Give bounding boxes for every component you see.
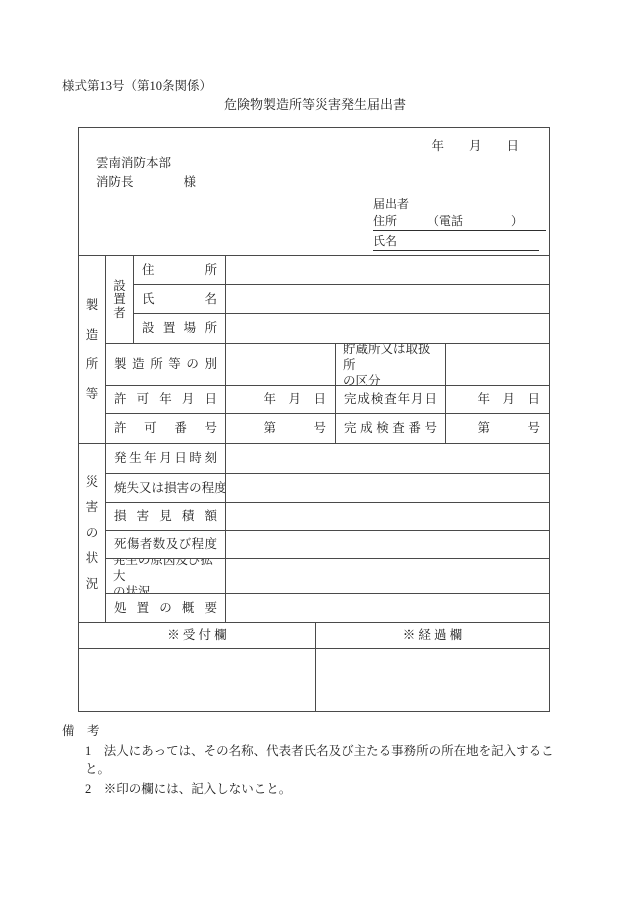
notifier-label: 届出者 xyxy=(373,198,546,210)
disaster-group-label: 災害の状況 xyxy=(79,444,106,623)
progress-column-value xyxy=(316,649,549,711)
damage-extent-label: 焼失又は損害の程度 xyxy=(106,474,226,503)
notifier-name-field: 氏名 xyxy=(373,235,539,251)
addressee-block: 雲南消防本部 消防長 様 xyxy=(96,154,196,192)
office-use-header-row: ※ 受 付 欄 ※ 経 過 欄 xyxy=(79,623,549,649)
measures-summary-value xyxy=(226,594,549,623)
cause-spread-value xyxy=(226,559,549,594)
facility-group-label: 製造所等 xyxy=(79,256,106,444)
measures-summary-label: 処置の概要 xyxy=(106,594,226,623)
permit-date-label: 許可年月日 xyxy=(106,386,226,414)
casualties-value xyxy=(226,531,549,559)
main-form-table: 年 月 日 雲南消防本部 消防長 様 届出者 住所 （電話 ） 氏名 製造所等 … xyxy=(78,127,550,712)
form-header-cell: 年 月 日 雲南消防本部 消防長 様 届出者 住所 （電話 ） 氏名 xyxy=(79,128,549,256)
installation-location-value xyxy=(226,314,549,344)
damage-estimate-label: 損害見積額 xyxy=(106,503,226,531)
permit-number-label: 許可番号 xyxy=(106,414,226,444)
installation-location-label: 設置場所 xyxy=(134,314,226,344)
note-item-2: 2 ※印の欄には、記入しないこと。 xyxy=(85,780,592,798)
notifier-block: 届出者 住所 （電話 ） 氏名 xyxy=(373,198,546,251)
permit-number-value: 第 号 xyxy=(226,414,336,444)
notes-heading: 備 考 xyxy=(62,722,592,740)
occurrence-datetime-label: 発生年月日時刻 xyxy=(106,444,226,474)
reception-column-header: ※ 受 付 欄 xyxy=(79,623,316,649)
inspection-number-value: 第 号 xyxy=(446,414,549,444)
office-use-blank-row xyxy=(79,649,549,711)
facility-category-label: 製造所等の別 xyxy=(106,344,226,386)
installer-name-label: 氏名 xyxy=(134,285,226,314)
casualties-label: 死傷者数及び程度 xyxy=(106,531,226,559)
addressee-title: 消防長 様 xyxy=(96,173,196,192)
notifier-address-phone-field: 住所 （電話 ） xyxy=(373,215,546,231)
notes-section: 備 考 1 法人にあっては、その名称、代表者氏名及び主たる事務所の所在地を記入す… xyxy=(62,722,592,798)
installer-address-value xyxy=(226,256,549,285)
date-field: 年 月 日 xyxy=(431,140,519,153)
inspection-number-label: 完成検査番号 xyxy=(336,414,446,444)
inspection-date-value: 年 月 日 xyxy=(446,386,549,414)
note-item-1: 1 法人にあっては、その名称、代表者氏名及び主たる事務所の所在地を記入するこ と… xyxy=(85,742,592,778)
form-number: 様式第13号（第10条関係） xyxy=(62,80,212,93)
damage-estimate-value xyxy=(226,503,549,531)
form-page: { "form": { "number_label": "様式第13号（第10条… xyxy=(0,0,630,903)
installer-address-label: 住所 xyxy=(134,256,226,285)
addressee-org: 雲南消防本部 xyxy=(96,154,196,173)
inspection-date-label: 完成検査年月日 xyxy=(336,386,446,414)
damage-extent-value xyxy=(226,474,549,503)
permit-date-value: 年 月 日 xyxy=(226,386,336,414)
progress-column-header: ※ 経 過 欄 xyxy=(316,623,549,649)
page-title: 危険物製造所等災害発生届出書 xyxy=(0,98,630,111)
occurrence-datetime-value xyxy=(226,444,549,474)
installer-name-value xyxy=(226,285,549,314)
cause-spread-label: 発生の原因及び拡大 の状況 xyxy=(106,559,226,594)
installer-group-label: 設置者 xyxy=(106,256,134,344)
storage-type-label: 貯蔵所又は取扱所 の区分 xyxy=(336,344,446,386)
storage-type-value xyxy=(446,344,549,386)
reception-column-value xyxy=(79,649,316,711)
facility-category-value xyxy=(226,344,336,386)
